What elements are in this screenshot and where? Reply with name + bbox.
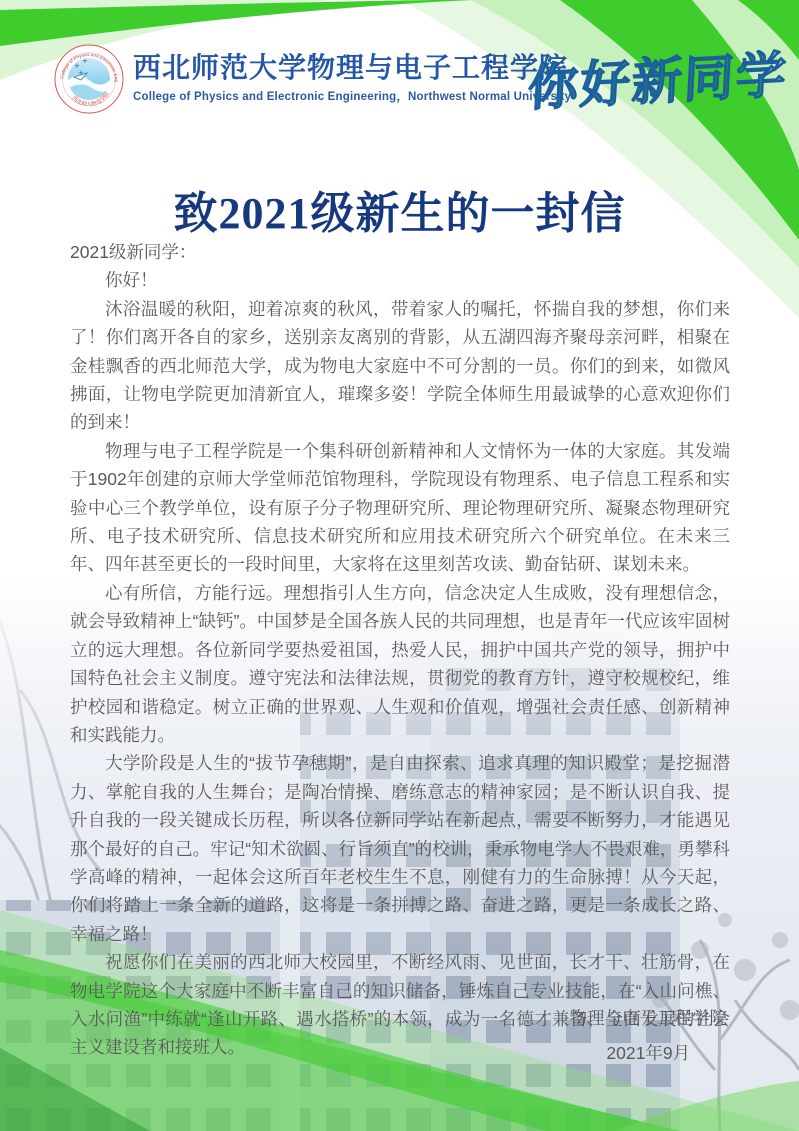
letter-paragraphs: 你好！沐浴温暖的秋阳，迎着凉爽的秋风，带着家人的嘱托，怀揣自我的梦想，你们来了！… <box>70 266 730 1061</box>
letter-page: +++ College of Physics and Electronic En… <box>0 0 799 1131</box>
college-name-en: College of Physics and Electronic Engine… <box>133 88 571 104</box>
signature-block: 物理与电子工程学院 2021年9月 <box>570 1001 728 1071</box>
letter-title: 致2021级新生的一封信 <box>0 177 799 241</box>
college-seal-logo: +++ College of Physics and Electronic En… <box>54 44 124 114</box>
letter-paragraph: 物理与电子工程学院是一个集科研创新精神和人文情怀为一体的大家庭。其发端于1902… <box>70 437 730 579</box>
svg-text:+: + <box>78 69 84 77</box>
college-name-zh: 西北师范大学物理与电子工程学院 <box>133 54 571 84</box>
signature-college: 物理与电子工程学院 <box>570 1001 728 1036</box>
letter-paragraph: 心有所信，方能行远。理想指引人生方向，信念决定人生成败，没有理想信念，就会导致精… <box>70 579 730 749</box>
letter-paragraph: 沐浴温暖的秋阳，迎着凉爽的秋风，带着家人的嘱托，怀揣自我的梦想，你们来了！你们离… <box>70 295 730 437</box>
signature-date: 2021年9月 <box>570 1036 728 1071</box>
letter-paragraph: 大学阶段是人生的“拔节孕穗期”，是自由探索、追求真理的知识殿堂；是挖掘潜力、掌舵… <box>70 749 730 948</box>
letter-salutation: 2021级新同学： <box>70 238 730 266</box>
letter-body: 2021级新同学： 你好！沐浴温暖的秋阳，迎着凉爽的秋风，带着家人的嘱托，怀揣自… <box>70 238 730 1062</box>
header: +++ College of Physics and Electronic En… <box>54 44 571 114</box>
letter-paragraph: 你好！ <box>70 266 730 294</box>
greeting-calligraphy: 你好新同学 <box>527 50 769 115</box>
